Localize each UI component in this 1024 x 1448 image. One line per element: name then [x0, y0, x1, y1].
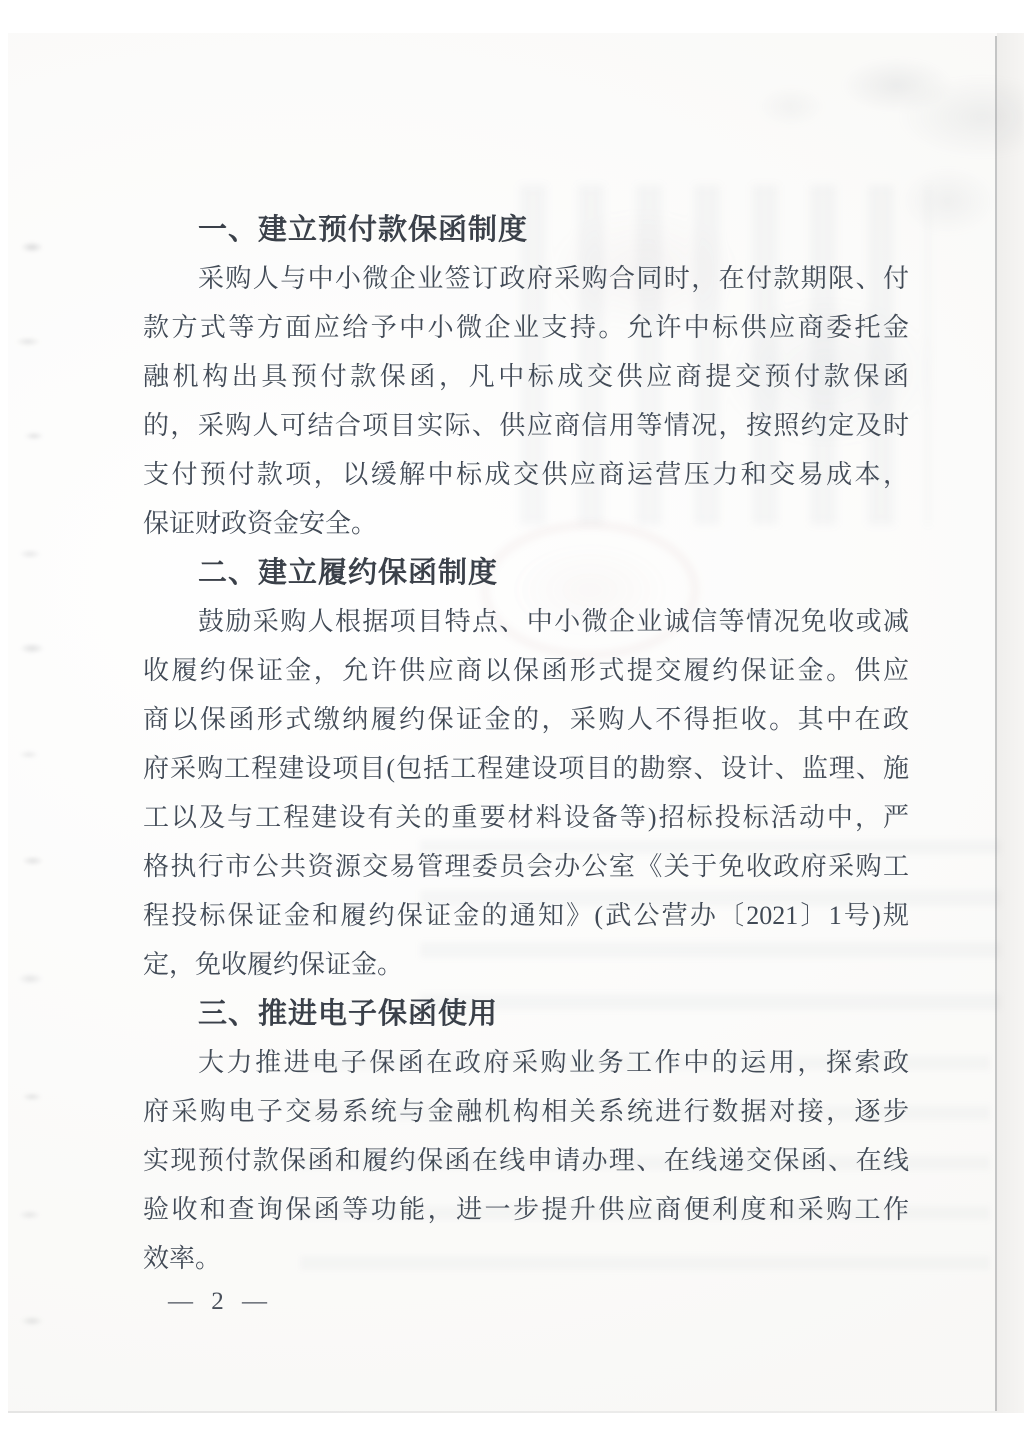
body-text-line: 款方式等方面应给予中小微企业支持。允许中标供应商委托金 — [143, 303, 909, 352]
body-text-line: 商以保函形式缴纳履约保证金的，采购人不得拒收。其中在政 — [143, 695, 909, 744]
body-text-line: 实现预付款保函和履约保函在线申请办理、在线递交保函、在线 — [143, 1136, 909, 1185]
body-text-line: 的，采购人可结合项目实际、供应商信用等情况，按照约定及时 — [143, 401, 909, 450]
body-text-line: 采购人与中小微企业签订政府采购合同时，在付款期限、付 — [143, 254, 909, 303]
body-text-line: 验收和查询保函等功能，进一步提升供应商便利度和采购工作 — [143, 1185, 909, 1234]
body-text-line: 府采购工程建设项目(包括工程建设项目的勘察、设计、监理、施 — [143, 744, 909, 793]
section-heading: 三、推进电子保函使用 — [143, 989, 909, 1038]
document-body: 一、建立预付款保函制度采购人与中小微企业签订政府采购合同时，在付款期限、付款方式… — [143, 205, 909, 1283]
body-text-line: 保证财政资金安全。 — [143, 499, 909, 548]
paragraph: 鼓励采购人根据项目特点、中小微企业诚信等情况免收或减收履约保证金，允许供应商以保… — [143, 597, 909, 989]
section-heading: 二、建立履约保函制度 — [143, 548, 909, 597]
body-text-line: 定，免收履约保证金。 — [143, 940, 909, 989]
body-text-line: 收履约保证金，允许供应商以保函形式提交履约保证金。供应 — [143, 646, 909, 695]
body-text-line: 鼓励采购人根据项目特点、中小微企业诚信等情况免收或减 — [143, 597, 909, 646]
body-text-line: 融机构出具预付款保函，凡中标成交供应商提交预付款保函 — [143, 352, 909, 401]
body-text-line: 工以及与工程建设有关的重要材料设备等)招标投标活动中，严 — [143, 793, 909, 842]
body-text-line: 效率。 — [143, 1234, 909, 1283]
body-text-line: 程投标保证金和履约保证金的通知》(武公营办〔2021〕1号)规 — [143, 891, 909, 940]
left-edge-smudges — [12, 200, 52, 1380]
paragraph: 大力推进电子保函在政府采购业务工作中的运用，探索政府采购电子交易系统与金融机构相… — [143, 1038, 909, 1283]
body-text-line: 大力推进电子保函在政府采购业务工作中的运用，探索政 — [143, 1038, 909, 1087]
body-text-line: 格执行市公共资源交易管理委员会办公室《关于免收政府采购工 — [143, 842, 909, 891]
section-heading: 一、建立预付款保函制度 — [143, 205, 909, 254]
body-text-line: 府采购电子交易系统与金融机构相关系统进行数据对接，逐步 — [143, 1087, 909, 1136]
page-number: — 2 — — [168, 1288, 273, 1316]
scan-bottom-edge-line — [8, 1411, 997, 1413]
paragraph: 采购人与中小微企业签订政府采购合同时，在付款期限、付款方式等方面应给予中小微企业… — [143, 254, 909, 548]
body-text-line: 支付预付款项，以缓解中标成交供应商运营压力和交易成本， — [143, 450, 909, 499]
